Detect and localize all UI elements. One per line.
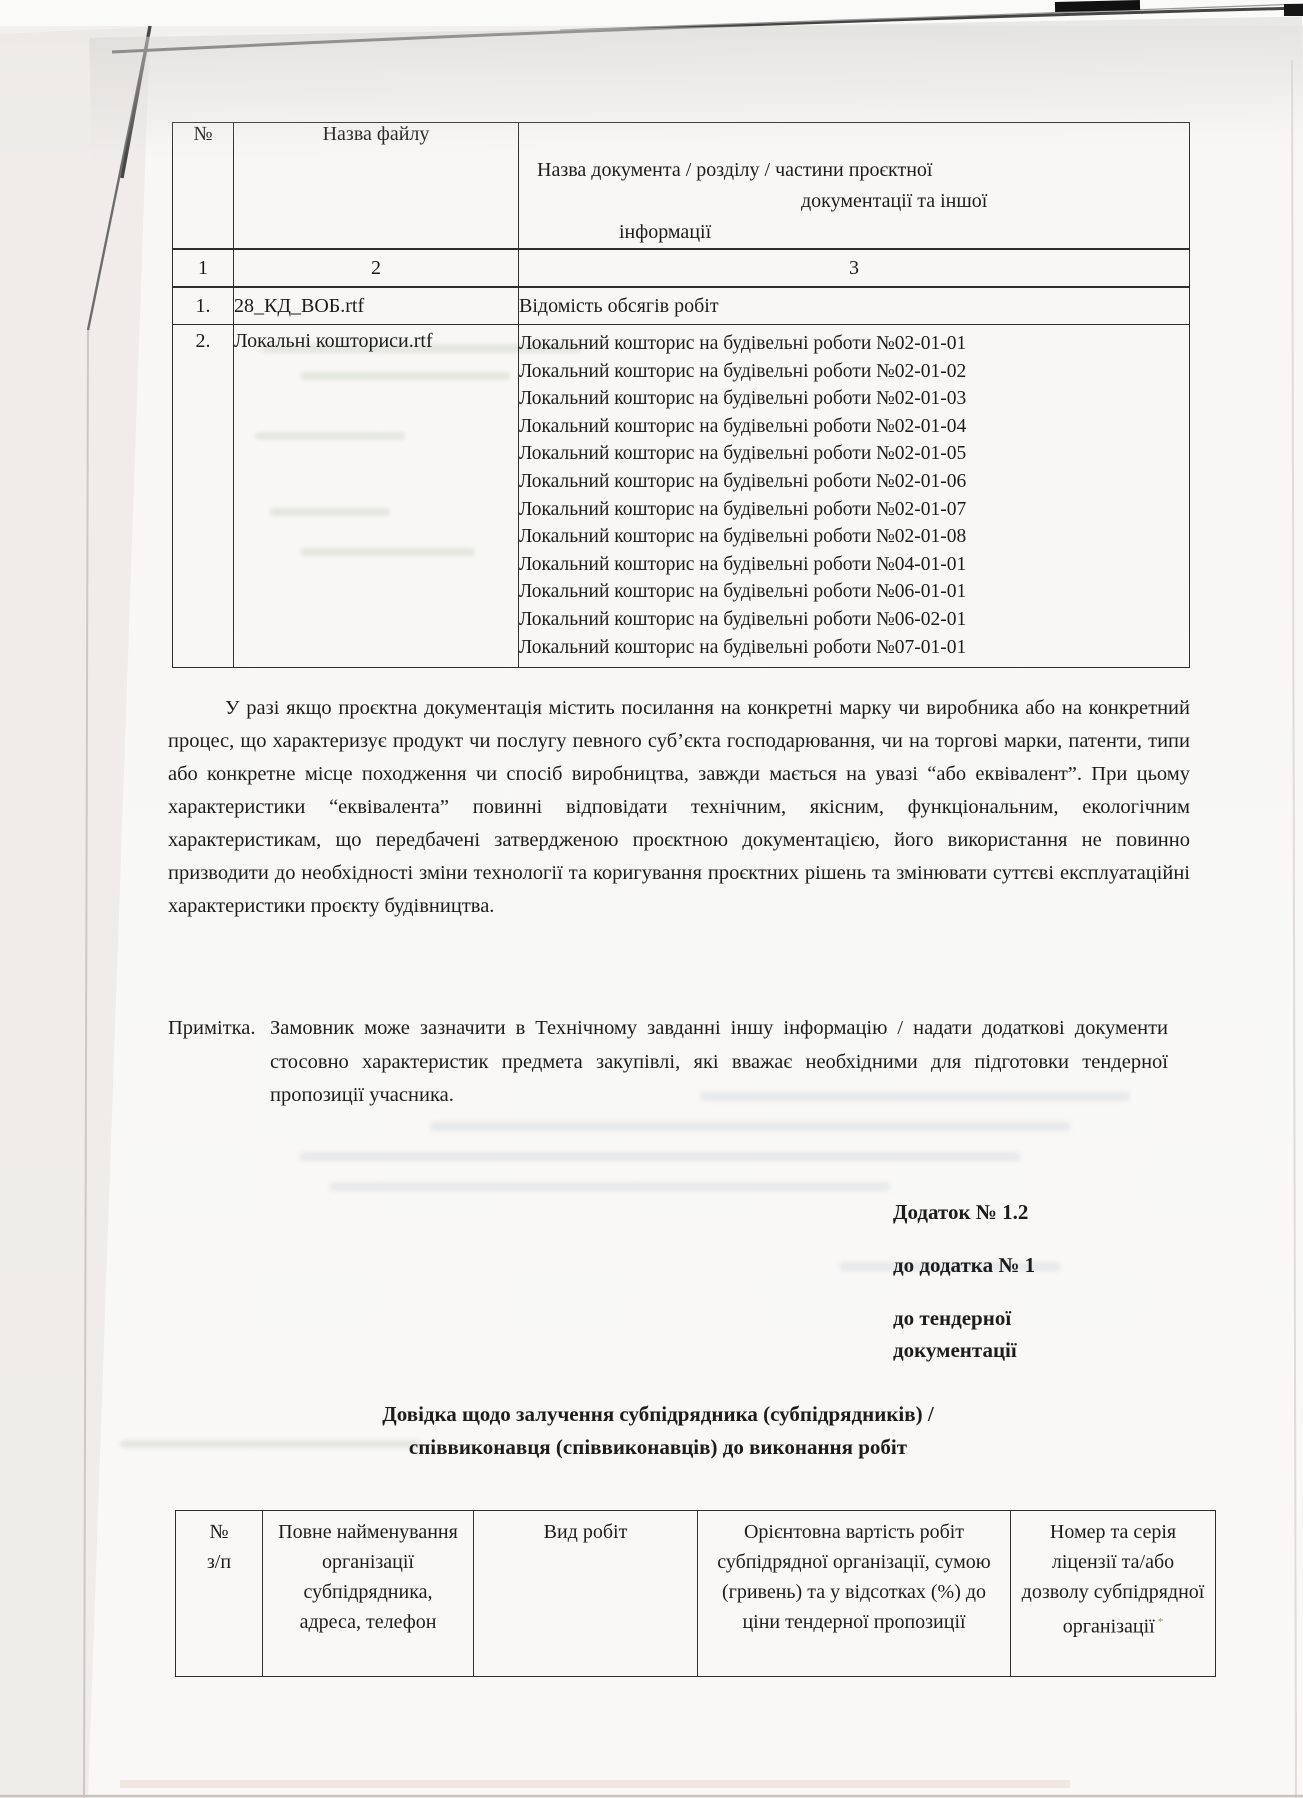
equivalence-paragraph: У разі якщо проєктна документація містит… [168, 692, 1190, 923]
footnote-mark: * [1158, 1616, 1164, 1628]
bleed-through-mark [300, 1152, 1020, 1161]
colnum-1: 1 [173, 249, 234, 287]
files-table-header-docname: Назва документа / розділу / частини проє… [519, 123, 1190, 250]
files-table-header-row: № Назва файлу Назва документа / розділу … [173, 123, 1190, 250]
subcontractors-table: № з/п Повне найменування організації суб… [175, 1510, 1216, 1677]
document-name: Локальний кошторис на будівельні роботи … [519, 634, 1189, 662]
document-name: Локальний кошторис на будівельні роботи … [519, 523, 1189, 551]
note-text: Замовник може зазначити в Технічному зав… [270, 1012, 1168, 1113]
header-estimated-cost: Орієнтовна вартість робіт субпідрядної о… [698, 1511, 1011, 1677]
files-table-colnum-row: 1 2 3 [173, 249, 1190, 287]
page-title-line2: співвиконавця (співвиконавців) до викона… [168, 1431, 1148, 1464]
scanned-document-page: № Назва файлу Назва документа / розділу … [0, 0, 1303, 1798]
bleed-through-mark [430, 1122, 1070, 1131]
header-row-number: № з/п [176, 1511, 263, 1677]
row-number: 1. [173, 287, 234, 325]
header-row-number-line2: з/п [184, 1547, 254, 1577]
annex-number: Додаток № 1.2 [893, 1196, 1035, 1228]
document-name: Локальний кошторис на будівельні роботи … [519, 440, 1189, 468]
paragraph-text: У разі якщо проєктна документація містит… [168, 692, 1190, 923]
files-table: № Назва файлу Назва документа / розділу … [172, 122, 1190, 668]
header-org-name: Повне найменування організації субпідряд… [263, 1511, 474, 1677]
files-table-header-num: № [173, 123, 234, 250]
files-table-header-filename: Назва файлу [234, 123, 519, 250]
colnum-2: 2 [234, 249, 519, 287]
file-name: Локальні кошториси.rtf [234, 325, 519, 668]
annex-parent: до додатка № 1 [893, 1249, 1035, 1281]
table-row: 2. Локальні кошториси.rtf Локальний кошт… [173, 325, 1190, 668]
header-license-number: Номер та серія ліцензії та/або дозволу с… [1011, 1511, 1216, 1677]
note-block: Примітка. Замовник може зазначити в Техн… [168, 1012, 1168, 1113]
header-license-text: Номер та серія ліцензії та/або дозволу с… [1022, 1521, 1205, 1638]
header-work-type: Вид робіт [474, 1511, 698, 1677]
annex-reference: Додаток № 1.2 до додатка № 1 до тендерно… [893, 1196, 1035, 1366]
file-name: 28_КД_ВОБ.rtf [234, 287, 519, 325]
annex-doc: до тендерної документації [893, 1302, 1035, 1366]
document-name: Локальний кошторис на будівельні роботи … [519, 496, 1189, 524]
page-title-line1: Довідка щодо залучення субпідрядника (су… [168, 1398, 1148, 1431]
header-docname-line: Назва документа / розділу / частини проє… [537, 155, 1189, 186]
document-name: Локальний кошторис на будівельні роботи … [519, 606, 1189, 634]
document-name: Локальний кошторис на будівельні роботи … [519, 578, 1189, 606]
document-name: Локальний кошторис на будівельні роботи … [519, 330, 1189, 358]
bleed-through-mark [330, 1182, 890, 1191]
document-name: Локальний кошторис на будівельні роботи … [519, 358, 1189, 386]
page-title: Довідка щодо залучення субпідрядника (су… [168, 1398, 1148, 1464]
document-name: Локальний кошторис на будівельні роботи … [519, 551, 1189, 579]
colnum-3: 3 [519, 249, 1190, 287]
header-docname-line: інформації [619, 217, 1189, 248]
document-name: Відомість обсягів робіт [519, 287, 1190, 325]
subcontractors-header-row: № з/п Повне найменування організації суб… [176, 1511, 1216, 1677]
table-row: 1. 28_КД_ВОБ.rtf Відомість обсягів робіт [173, 287, 1190, 325]
annex-doc-line1: до тендерної [893, 1306, 1011, 1330]
document-name: Локальний кошторис на будівельні роботи … [519, 413, 1189, 441]
document-name: Локальний кошторис на будівельні роботи … [519, 468, 1189, 496]
document-name-list: Локальний кошторис на будівельні роботи … [519, 325, 1190, 668]
header-docname-line: документації та іншої [801, 186, 1189, 217]
annex-doc-line2: документації [893, 1338, 1017, 1362]
note-label: Примітка. [168, 1012, 256, 1046]
document-name: Локальний кошторис на будівельні роботи … [519, 385, 1189, 413]
row-number: 2. [173, 325, 234, 668]
header-row-number-line1: № [184, 1517, 254, 1547]
